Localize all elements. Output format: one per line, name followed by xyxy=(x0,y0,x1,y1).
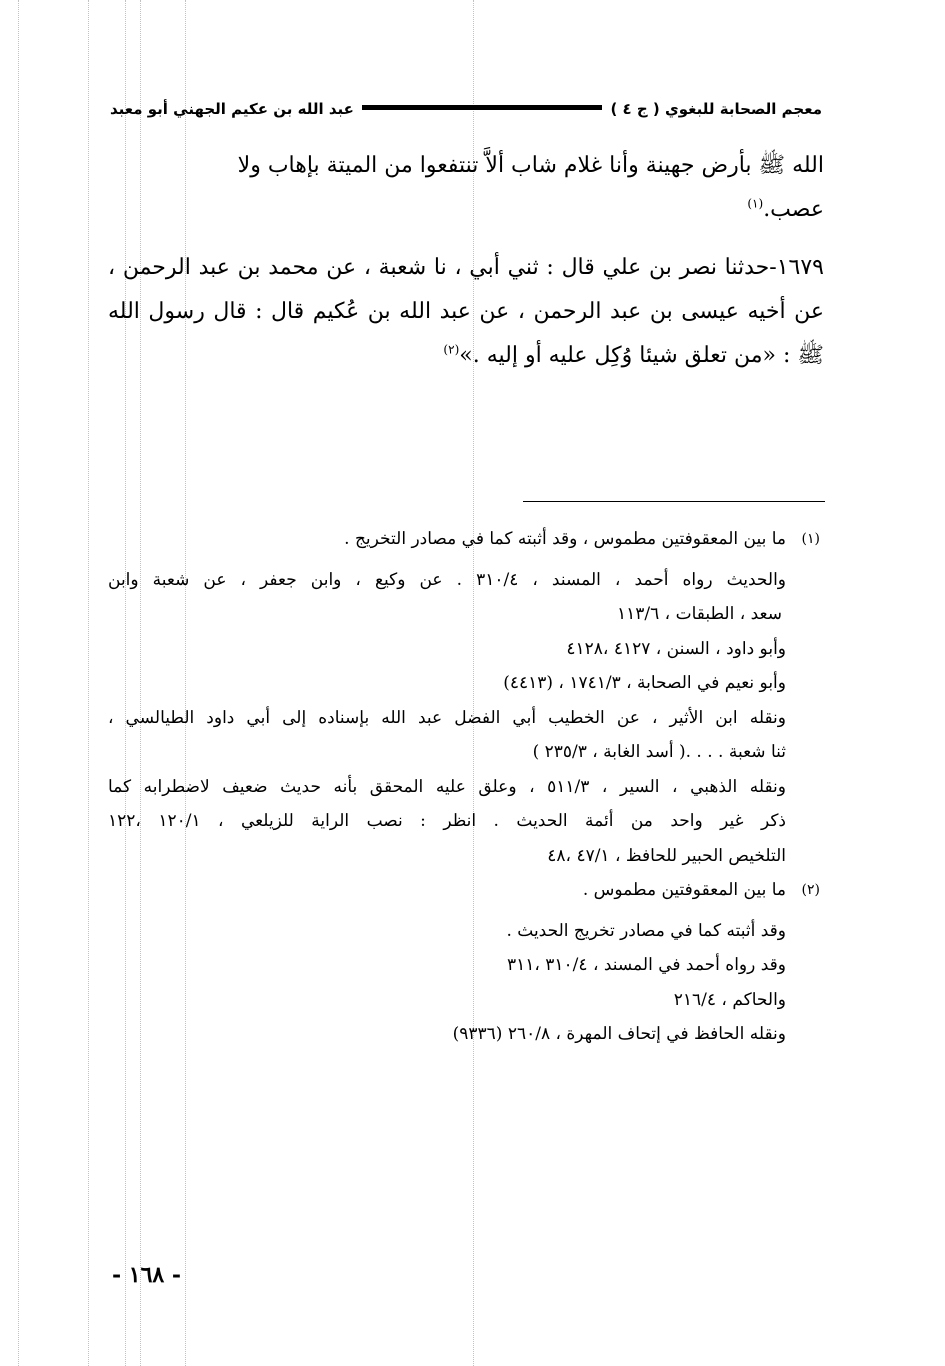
footnote-head-text: ما بين المعقوفتين مطموس ، وقد أثبته كما … xyxy=(344,522,786,557)
footnote-ref-2[interactable]: (٢) xyxy=(443,343,459,357)
footnote-line: ونقله الحافظ في إتحاف المهرة ، ٢٦٠/٨ (٩٣… xyxy=(108,1017,820,1052)
footnote-1: (١) ما بين المعقوفتين مطموس ، وقد أثبته … xyxy=(108,522,820,873)
footnote-line: والحديث رواه أحمد ، المسند ، ٣١٠/٤ . عن … xyxy=(108,563,820,598)
header-rule xyxy=(362,105,603,110)
footnote-separator xyxy=(523,501,825,502)
footnote-head: (١) ما بين المعقوفتين مطموس ، وقد أثبته … xyxy=(108,522,820,557)
footnote-head: (٢) ما بين المعقوفتين مطموس . xyxy=(108,873,820,908)
paragraph-line: الله ﷺ بأرض جهينة وأنا غلام شاب ألاَّ تن… xyxy=(238,153,824,178)
footnotes: (١) ما بين المعقوفتين مطموس ، وقد أثبته … xyxy=(108,522,820,1052)
footnote-line: ثنا شعبة . . . .( أسد الغابة ، ٢٣٥/٣ ) xyxy=(108,735,820,770)
entry-title: عبد الله بن عكيم الجهني أبو معبد xyxy=(110,100,354,118)
footnote-number: (٢) xyxy=(786,873,820,908)
footnote-line: وقد أثبته كما في مصادر تخريج الحديث . xyxy=(108,914,820,949)
footnote-ref-1[interactable]: (١) xyxy=(747,197,763,211)
footnote-line: ونقله ابن الأثير ، عن الخطيب أبي الفضل ع… xyxy=(108,701,820,736)
footnote-line: سعد ، الطبقات ، ١١٣/٦ xyxy=(108,597,820,632)
paragraph-continuation: الله ﷺ بأرض جهينة وأنا غلام شاب ألاَّ تن… xyxy=(108,144,824,232)
main-text: الله ﷺ بأرض جهينة وأنا غلام شاب ألاَّ تن… xyxy=(108,144,824,378)
footnote-line: والحاكم ، ٢١٦/٤ xyxy=(108,983,820,1018)
footnote-number: (١) xyxy=(786,522,820,557)
footnote-2: (٢) ما بين المعقوفتين مطموس . وقد أثبته … xyxy=(108,873,820,1052)
footnote-head-text: ما بين المعقوفتين مطموس . xyxy=(583,873,786,908)
running-header: معجم الصحابة للبغوي ( ج ٤ ) عبد الله بن … xyxy=(110,96,822,122)
hadith-text: -حدثنا نصر بن علي قال : ثني أبي ، نا شعب… xyxy=(108,255,824,368)
hadith-number: ١٦٧٩ xyxy=(777,255,824,280)
book-title: معجم الصحابة للبغوي ( ج ٤ ) xyxy=(610,100,822,118)
footnote-line: وقد رواه أحمد في المسند ، ٣١٠/٤ ،٣١١ xyxy=(108,948,820,983)
paragraph-line: عصب. xyxy=(763,197,824,222)
page-number: - ١٦٨ - xyxy=(112,1262,181,1288)
book-page: معجم الصحابة للبغوي ( ج ٤ ) عبد الله بن … xyxy=(0,0,945,1366)
footnote-line: وأبو نعيم في الصحابة ، ١٧٤١/٣ ، (٤٤١٣) xyxy=(108,666,820,701)
hadith-paragraph: ١٦٧٩-حدثنا نصر بن علي قال : ثني أبي ، نا… xyxy=(108,246,824,378)
footnote-line: وأبو داود ، السنن ، ٤١٢٧ ،٤١٢٨ xyxy=(108,632,820,667)
footnote-line: ذكر غير واحد من أئمة الحديث . انظر : نصب… xyxy=(108,804,820,839)
footnote-line: ونقله الذهبي ، السير ، ٥١١/٣ ، وعلق عليه… xyxy=(108,770,820,805)
footnote-line: التلخيص الحبير للحافظ ، ٤٧/١ ،٤٨ xyxy=(108,839,820,874)
